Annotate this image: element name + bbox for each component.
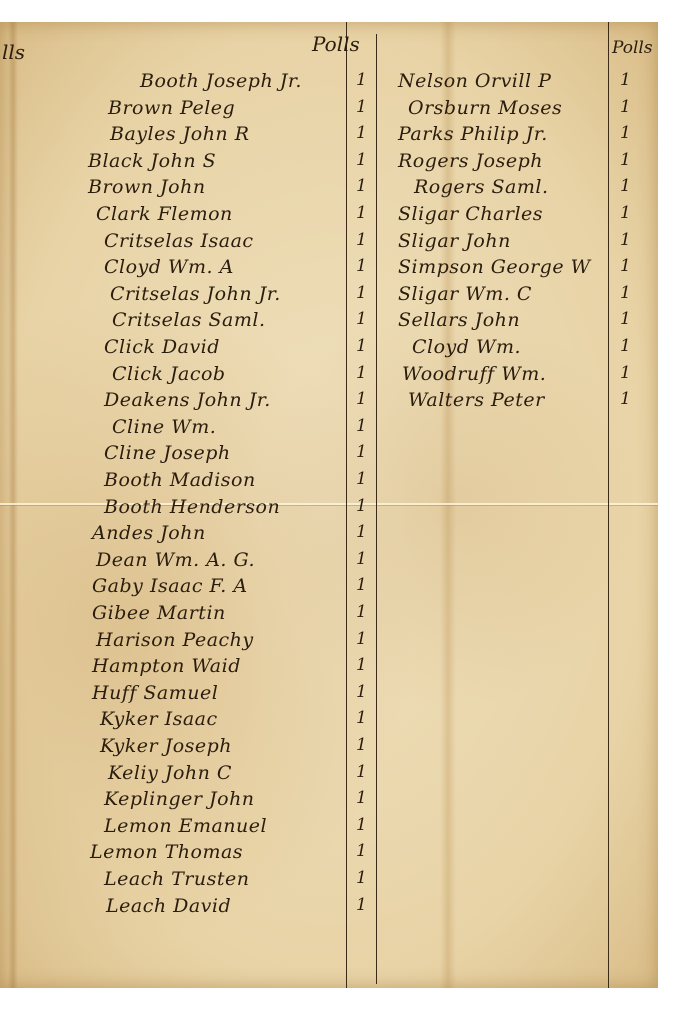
taxpayer-name: Click David <box>104 336 220 358</box>
taxpayer-name: Dean Wm. A. G. <box>96 549 255 571</box>
ledger-row: Nelson Orvill P1 <box>380 70 658 94</box>
taxpayer-name: Booth Henderson <box>104 496 280 518</box>
taxpayer-name: Gibee Martin <box>92 602 226 624</box>
taxpayer-name: Harison Peachy <box>96 629 254 651</box>
poll-count: 1 <box>356 283 367 303</box>
poll-count: 1 <box>356 788 367 808</box>
taxpayer-name: Click Jacob <box>112 363 226 385</box>
poll-count: 1 <box>620 309 631 329</box>
taxpayer-name: Hampton Waid <box>92 655 241 677</box>
taxpayer-name: Andes John <box>92 522 206 544</box>
taxpayer-name: Booth Madison <box>104 469 256 491</box>
taxpayer-name: Critselas Saml. <box>112 309 266 331</box>
poll-count: 1 <box>356 416 367 436</box>
taxpayer-name: Critselas John Jr. <box>110 283 281 305</box>
ledger-page: lls Polls Polls Booth Joseph Jr.1Brown P… <box>0 22 658 988</box>
poll-count: 1 <box>356 70 367 90</box>
ledger-row: Rogers Saml.1 <box>380 176 658 200</box>
taxpayer-name: Rogers Joseph <box>398 150 543 172</box>
poll-count: 1 <box>356 496 367 516</box>
ledger-row: Simpson George W1 <box>380 256 658 280</box>
taxpayer-name: Woodruff Wm. <box>402 363 546 385</box>
taxpayer-name: Lemon Thomas <box>90 841 243 863</box>
taxpayer-name: Brown Peleg <box>108 97 235 119</box>
poll-count: 1 <box>356 841 367 861</box>
taxpayer-name: Huff Samuel <box>92 682 218 704</box>
taxpayer-name: Leach David <box>106 895 231 917</box>
ledger-row: Sligar Charles1 <box>380 203 658 227</box>
poll-count: 1 <box>356 522 367 542</box>
taxpayer-name: Kyker Isaac <box>100 708 218 730</box>
right-name-list: Nelson Orvill P1Orsburn Moses1Parks Phil… <box>380 22 658 988</box>
taxpayer-name: Brown John <box>88 176 206 198</box>
poll-count: 1 <box>356 735 367 755</box>
taxpayer-name: Lemon Emanuel <box>104 815 267 837</box>
poll-count: 1 <box>356 868 367 888</box>
poll-count: 1 <box>356 629 367 649</box>
ledger-row: Cloyd Wm.1 <box>380 336 658 360</box>
poll-count: 1 <box>356 150 367 170</box>
poll-count: 1 <box>356 762 367 782</box>
margin-fragment: lls <box>2 40 25 64</box>
taxpayer-name: Black John S <box>88 150 216 172</box>
poll-count: 1 <box>620 230 631 250</box>
taxpayer-name: Parks Philip Jr. <box>398 123 548 145</box>
taxpayer-name: Deakens John Jr. <box>104 389 271 411</box>
poll-count: 1 <box>620 389 631 409</box>
poll-count: 1 <box>356 469 367 489</box>
poll-count: 1 <box>620 203 631 223</box>
taxpayer-name: Critselas Isaac <box>104 230 254 252</box>
taxpayer-name: Orsburn Moses <box>408 97 562 119</box>
taxpayer-name: Bayles John R <box>110 123 250 145</box>
ledger-row: Rogers Joseph1 <box>380 150 658 174</box>
taxpayer-name: Keliy John C <box>108 762 232 784</box>
taxpayer-name: Gaby Isaac F. A <box>92 575 248 597</box>
taxpayer-name: Cline Joseph <box>104 442 231 464</box>
poll-count: 1 <box>620 363 631 383</box>
poll-count: 1 <box>356 309 367 329</box>
taxpayer-name: Sligar John <box>398 230 511 252</box>
taxpayer-name: Nelson Orvill P <box>398 70 551 92</box>
poll-count: 1 <box>356 176 367 196</box>
poll-count: 1 <box>356 123 367 143</box>
taxpayer-name: Sligar Charles <box>398 203 543 225</box>
poll-count: 1 <box>620 283 631 303</box>
taxpayer-name: Sellars John <box>398 309 520 331</box>
poll-count: 1 <box>356 602 367 622</box>
poll-count: 1 <box>356 575 367 595</box>
poll-count: 1 <box>356 97 367 117</box>
poll-count: 1 <box>356 442 367 462</box>
poll-count: 1 <box>356 815 367 835</box>
ledger-row: Woodruff Wm.1 <box>380 363 658 387</box>
taxpayer-name: Clark Flemon <box>96 203 233 225</box>
poll-count: 1 <box>620 176 631 196</box>
poll-count: 1 <box>356 682 367 702</box>
taxpayer-name: Cloyd Wm. A <box>104 256 234 278</box>
poll-count: 1 <box>356 336 367 356</box>
poll-count: 1 <box>356 256 367 276</box>
taxpayer-name: Leach Trusten <box>104 868 249 890</box>
ledger-row: Sellars John1 <box>380 309 658 333</box>
poll-count: 1 <box>356 363 367 383</box>
taxpayer-name: Keplinger John <box>104 788 255 810</box>
taxpayer-name: Walters Peter <box>408 389 545 411</box>
poll-count: 1 <box>356 655 367 675</box>
poll-count: 1 <box>620 70 631 90</box>
left-polls-header: Polls <box>312 32 360 56</box>
poll-count: 1 <box>620 256 631 276</box>
poll-count: 1 <box>620 97 631 117</box>
taxpayer-name: Rogers Saml. <box>414 176 549 198</box>
poll-count: 1 <box>620 336 631 356</box>
taxpayer-name: Sligar Wm. C <box>398 283 532 305</box>
taxpayer-name: Kyker Joseph <box>100 735 232 757</box>
poll-count: 1 <box>356 389 367 409</box>
poll-count: 1 <box>356 203 367 223</box>
poll-count: 1 <box>356 549 367 569</box>
ledger-row: Orsburn Moses1 <box>380 97 658 121</box>
taxpayer-name: Simpson George W <box>398 256 591 278</box>
poll-count: 1 <box>356 230 367 250</box>
taxpayer-name: Cloyd Wm. <box>412 336 521 358</box>
taxpayer-name: Cline Wm. <box>112 416 216 438</box>
poll-count: 1 <box>620 150 631 170</box>
taxpayer-name: Booth Joseph Jr. <box>140 70 302 92</box>
ledger-row: Parks Philip Jr.1 <box>380 123 658 147</box>
poll-count: 1 <box>356 708 367 728</box>
poll-count: 1 <box>356 895 367 915</box>
ledger-row: Sligar Wm. C1 <box>380 283 658 307</box>
ledger-row: Sligar John1 <box>380 230 658 254</box>
poll-count: 1 <box>620 123 631 143</box>
ledger-row: Walters Peter1 <box>380 389 658 413</box>
